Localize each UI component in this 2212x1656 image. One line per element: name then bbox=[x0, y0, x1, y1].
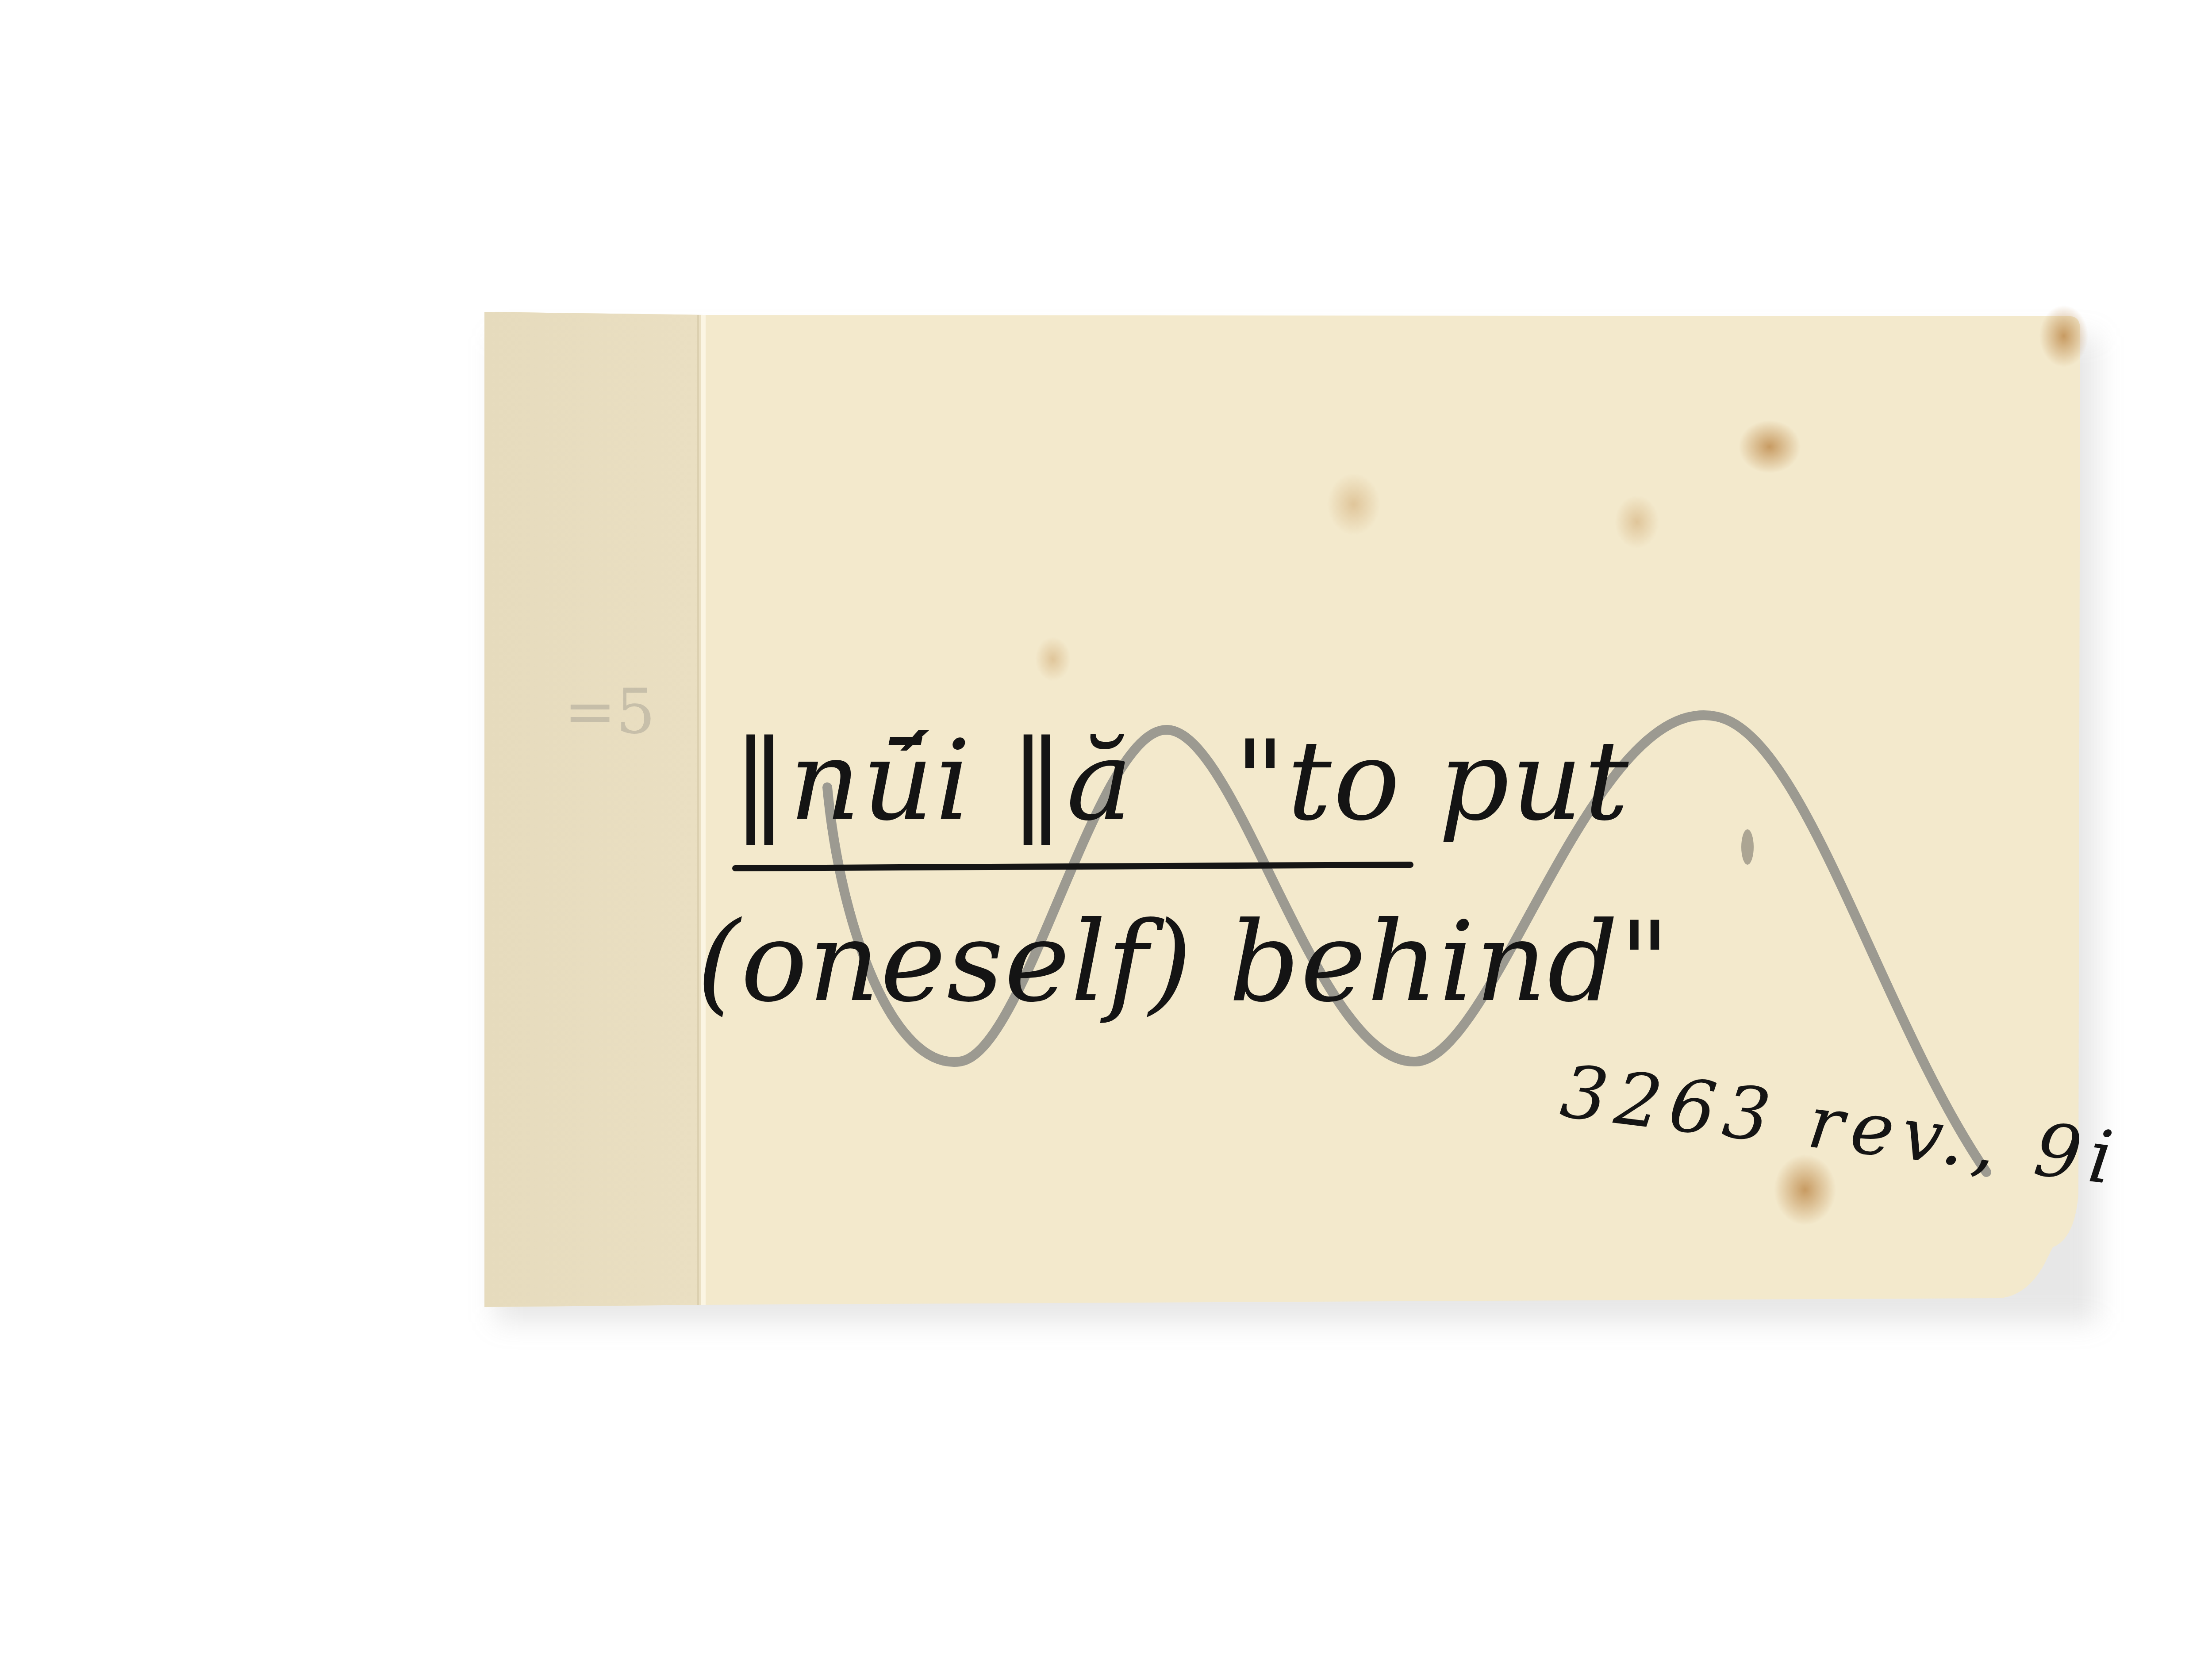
stain-upper bbox=[1739, 420, 1801, 473]
photograph-stage: =5 ‖nū́i ‖ă "to put (oneself) behind" 32… bbox=[0, 0, 2212, 1656]
paper-fold-strip bbox=[484, 312, 703, 1307]
stain-top-right bbox=[2039, 305, 2088, 367]
entry-line-1: ‖nū́i ‖ă "to put bbox=[732, 725, 1630, 836]
gloss-line-1: "to put bbox=[1234, 716, 1630, 845]
gloss-line-2: (oneself) behind" bbox=[697, 907, 1671, 1017]
stain-upper-left bbox=[1327, 473, 1380, 535]
pencil-note: =5 bbox=[564, 681, 655, 743]
entry-term: ‖nū́i ‖ă bbox=[732, 716, 1134, 845]
stain-left bbox=[1035, 637, 1071, 681]
ink-smudge bbox=[1741, 829, 1754, 865]
stain-mid bbox=[1615, 495, 1659, 548]
